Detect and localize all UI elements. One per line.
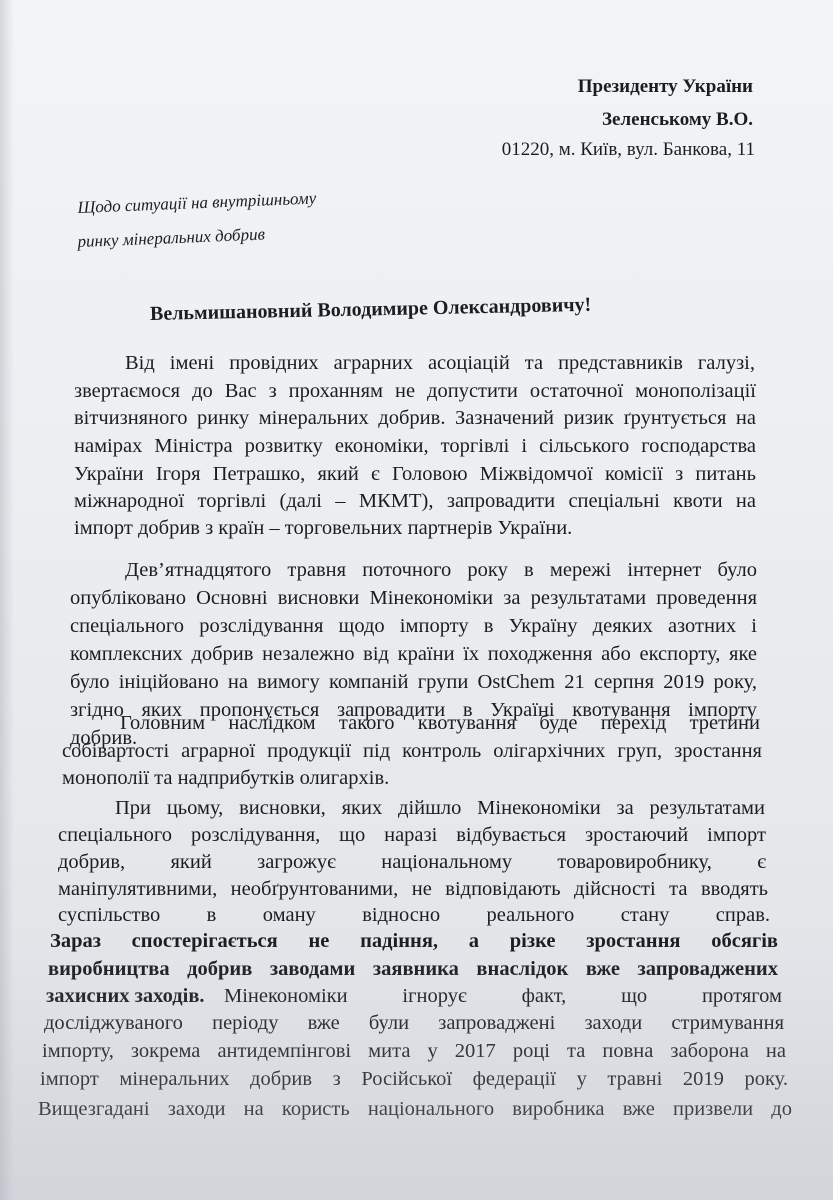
recipient-title: Президенту України [578,76,753,98]
page-edge-shadow [0,0,14,1200]
paragraph-line: України Ігоря Петрашко, який є Головою М… [74,463,756,486]
paragraph-line: досліджуваного періоду вже були запровад… [44,1012,784,1035]
paragraph-line: імпорту, зокрема антидемпінгові мита у 2… [42,1040,786,1063]
paragraph-line: собівартості аграрної продукції під конт… [62,740,762,763]
paragraph-line: міжнародної торгівлі (далі – МКМТ), запр… [74,490,756,513]
subject-line-1: Щодо ситуації на внутрішньому [77,188,316,218]
paragraph-line: При цьому, висновки, яких дійшло Мінекон… [115,797,765,820]
paragraph-line: комплексних добрив незалежно від країни … [70,643,757,666]
paragraph-line: намірах Міністра розвитку економіки, тор… [74,435,756,458]
paragraph-line: суспільство в оману відносно реального с… [58,904,770,927]
paragraph-line: спеціального розслідування щодо імпорту … [70,615,757,638]
greeting: Вельмишановний Володимире Олександровичу… [150,294,592,326]
letter-page: Президенту України Зеленському В.О. 0122… [0,0,833,1200]
paragraph-line: монополії та надприбутків олигархів. [62,767,389,790]
paragraph-line: Мінекономіки ігнорує факт, що протягом [224,985,782,1008]
recipient-name: Зеленському В.О. [602,109,753,131]
paragraph-line: було ініційовано на вимогу компаній груп… [70,671,757,694]
subject-line-2: ринку мінеральних добрив [77,224,265,252]
paragraph-line: Вищезгадані заходи на користь національн… [38,1098,792,1121]
recipient-address: 01220, м. Київ, вул. Банкова, 11 [502,139,755,161]
paragraph-line-bold: виробництва добрив заводами заявника вна… [48,958,778,981]
paragraph-line: імпорт добрив з країн – торговельних пар… [74,517,572,540]
paragraph-line: Від імені провідних аграрних асоціацій т… [125,352,755,375]
paragraph-line: опубліковано Основні висновки Мінекономі… [70,587,757,610]
paragraph-line: добрив, який загрожує національному това… [58,851,766,874]
paragraph-line: спеціального розслідування, що наразі ві… [58,824,766,847]
paragraph-line: вітчизняного ринку мінеральних добрив. З… [74,407,756,430]
paragraph-line: Дев’ятнадцятого травня поточного року в … [125,559,757,582]
paragraph-line: імпорт мінеральних добрив з Російської ф… [40,1068,788,1091]
paragraph-line: звертаємося до Вас з проханням не допуст… [74,380,756,403]
paragraph-line: маніпулятивними, необґрунтованими, не ві… [58,878,768,901]
paragraph-line-bold: захисних заходів. [46,985,205,1008]
paragraph-line-bold: Зараз спостерігається не падіння, а різк… [50,930,778,953]
paragraph-line: Головним наслідком такого квотування буд… [120,712,760,735]
